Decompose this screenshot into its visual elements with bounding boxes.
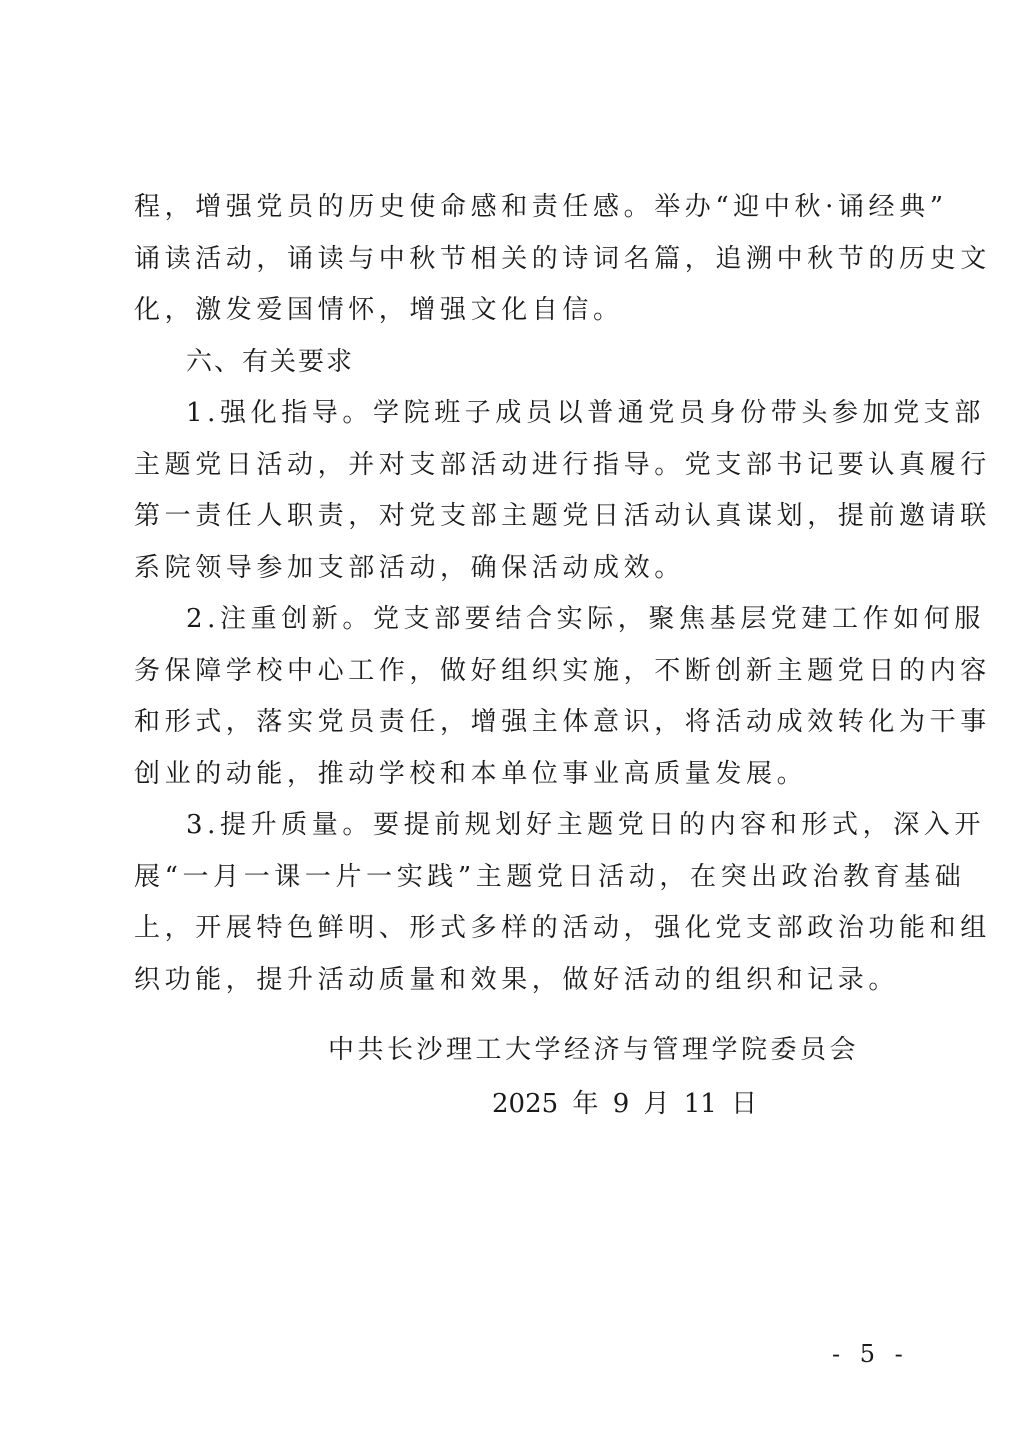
paragraph-line: 化，激发爱国情怀，增强文化自信。 bbox=[134, 285, 894, 337]
document-body: 程，增强党员的历史使命感和责任感。举办“迎中秋·诵经典” 诵读活动，诵读与中秋节… bbox=[134, 182, 894, 1006]
document-page: 程，增强党员的历史使命感和责任感。举办“迎中秋·诵经典” 诵读活动，诵读与中秋节… bbox=[0, 0, 1024, 1448]
page-number: - 5 - bbox=[832, 1340, 909, 1368]
item-2-line: 创业的动能，推动学校和本单位事业高质量发展。 bbox=[134, 749, 894, 801]
item-3-line: 织功能，提升活动质量和效果，做好活动的组织和记录。 bbox=[134, 955, 894, 1007]
item-2-line: 2.注重创新。党支部要结合实际，聚焦基层党建工作如何服 bbox=[134, 594, 894, 646]
section-heading: 六、有关要求 bbox=[134, 337, 894, 389]
item-3-line: 展“一月一课一片一实践”主题党日活动，在突出政治教育基础 bbox=[134, 852, 894, 904]
item-2-line: 和形式，落实党员责任，增强主体意识，将活动成效转化为干事 bbox=[134, 697, 894, 749]
item-3-line: 上，开展特色鲜明、形式多样的活动，强化党支部政治功能和组 bbox=[134, 903, 894, 955]
item-1-line: 第一责任人职责，对党支部主题党日活动认真谋划，提前邀请联 bbox=[134, 491, 894, 543]
item-1-line: 系院领导参加支部活动，确保活动成效。 bbox=[134, 543, 894, 595]
item-1-line: 1.强化指导。学院班子成员以普通党员身份带头参加党支部 bbox=[134, 388, 894, 440]
item-3-line: 3.提升质量。要提前规划好主题党日的内容和形式，深入开 bbox=[134, 800, 894, 852]
paragraph-line: 诵读活动，诵读与中秋节相关的诗词名篇，追溯中秋节的历史文 bbox=[134, 234, 894, 286]
signature-organization: 中共长沙理工大学经济与管理学院委员会 bbox=[328, 1030, 859, 1070]
paragraph-line: 程，增强党员的历史使命感和责任感。举办“迎中秋·诵经典” bbox=[134, 182, 894, 234]
signature-date: 2025 年 9 月 11 日 bbox=[492, 1084, 757, 1124]
item-2-line: 务保障学校中心工作，做好组织实施，不断创新主题党日的内容 bbox=[134, 646, 894, 698]
item-1-line: 主题党日活动，并对支部活动进行指导。党支部书记要认真履行 bbox=[134, 440, 894, 492]
